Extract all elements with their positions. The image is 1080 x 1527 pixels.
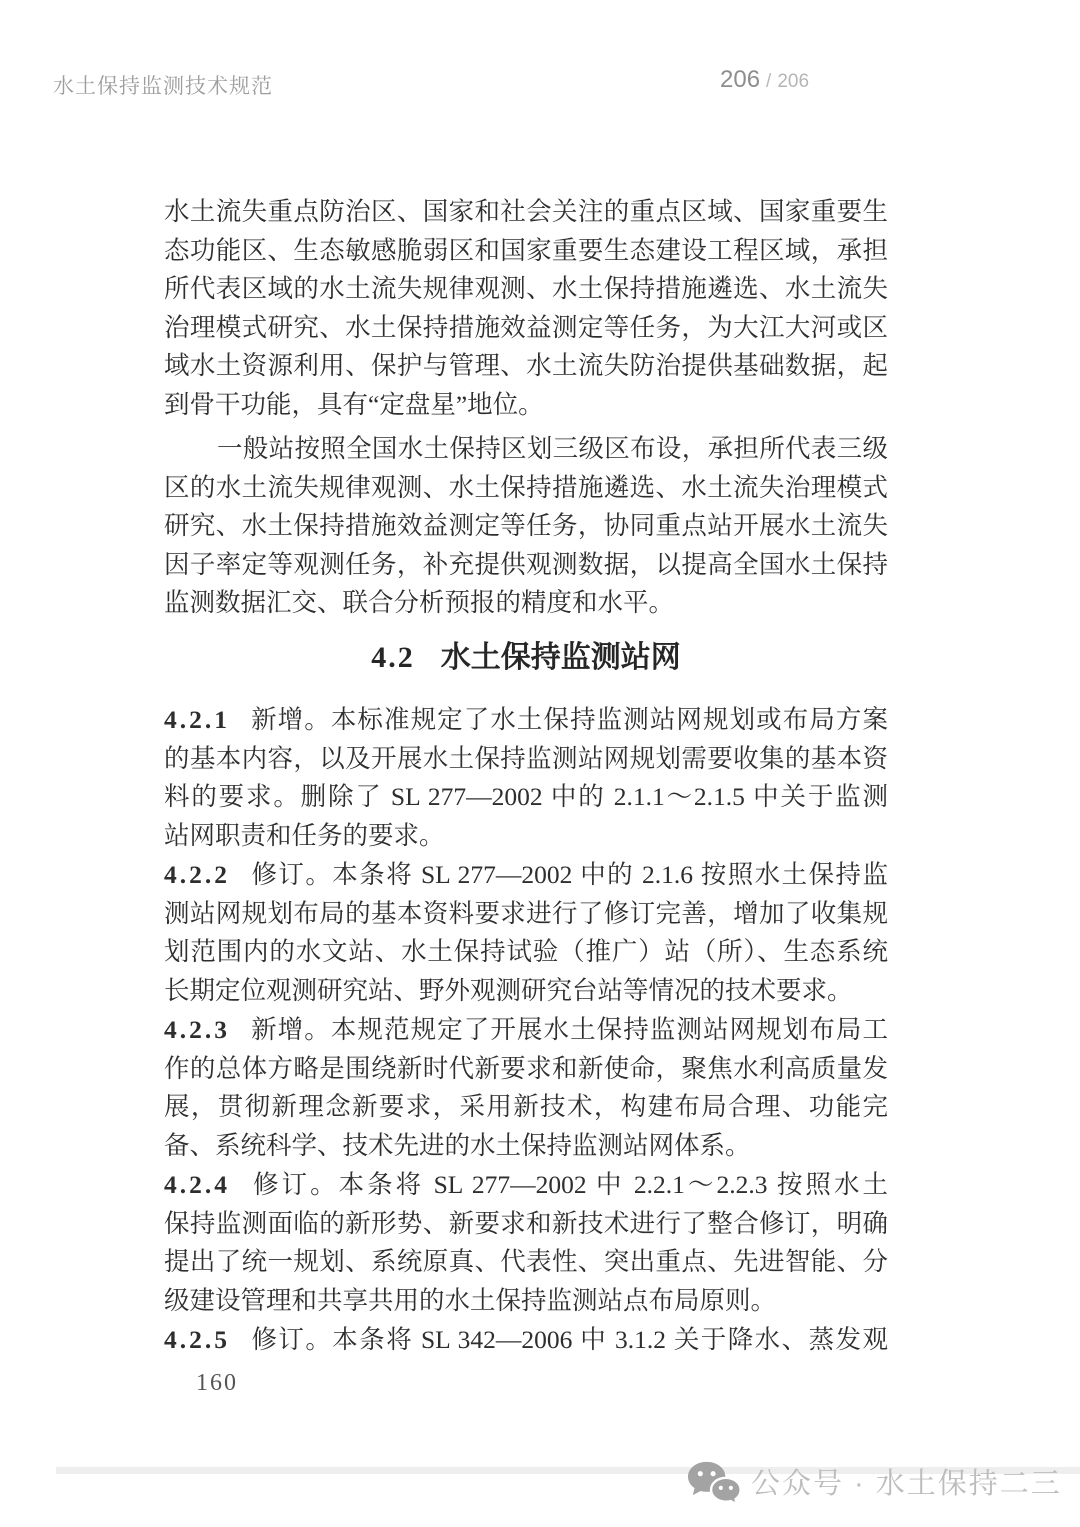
text-line: 测站网规划布局的基本资料要求进行了修订完善，增加了收集规 (164, 895, 888, 934)
document-title: 水土保持监测技术规范 (53, 70, 273, 100)
clause-number: 4.2.3 (164, 1015, 230, 1044)
section-heading-title: 水土保持监测站网 (441, 641, 681, 674)
text-line: 水土流失重点防治区、国家和社会关注的重点区域、国家重要生 (164, 193, 888, 232)
text-line: 4.2.2修订。本条将 SL 277—2002 中的 2.1.6 按照水土保持监 (164, 856, 888, 895)
clause-4-2-2: 4.2.2修订。本条将 SL 277—2002 中的 2.1.6 按照水土保持监… (164, 856, 888, 1010)
text-line: 的基本内容，以及开展水土保持监测站网规划需要收集的基本资 (164, 740, 888, 779)
clause-number: 4.2.4 (164, 1170, 230, 1199)
text-line: 提出了统一规划、系统原真、代表性、突出重点、先进智能、分 (164, 1243, 888, 1282)
page-separator: / (766, 71, 771, 92)
page-current: 206 (720, 66, 760, 93)
clause-number: 4.2.2 (164, 860, 230, 889)
text-line: 区的水土流失规律观测、水土保持措施遴选、水土流失治理模式 (164, 469, 888, 508)
text-line: 4.2.3新增。本规范规定了开展水土保持监测站网规划布局工 (164, 1011, 888, 1050)
section-heading-number: 4.2 (371, 641, 415, 674)
text-line: 划范围内的水文站、水土保持试验（推广）站（所）、生态系统 (164, 933, 888, 972)
section-heading: 4.2水土保持监测站网 (164, 636, 888, 680)
text-line: 4.2.1新增。本标准规定了水土保持监测站网规划或布局方案 (164, 701, 888, 740)
text-line: 展，贯彻新理念新要求，采用新技术，构建布局合理、功能完 (164, 1088, 888, 1127)
watermark-text: 公众号 · 水土保持二三 (751, 1461, 1062, 1502)
text-line: 4.2.4修订。本条将 SL 277—2002 中 2.2.1～2.2.3 按照… (164, 1166, 888, 1205)
text-line: 域水土资源利用、保护与管理、水土流失防治提供基础数据，起 (164, 347, 888, 386)
clause-4-2-3: 4.2.3新增。本规范规定了开展水土保持监测站网规划布局工 作的总体方略是围绕新… (164, 1011, 888, 1165)
text-line: 料的要求。删除了 SL 277—2002 中的 2.1.1～2.1.5 中关于监… (164, 778, 888, 817)
clause-4-2-1: 4.2.1新增。本标准规定了水土保持监测站网规划或布局方案 的基本内容，以及开展… (164, 701, 888, 855)
text-line: 作的总体方略是围绕新时代新要求和新使命，聚焦水利高质量发 (164, 1050, 888, 1089)
text-line: 长期定位观测研究站、野外观测研究台站等情况的技术要求。 (164, 972, 888, 1011)
wechat-icon (686, 1460, 742, 1502)
clause-number: 4.2.5 (164, 1325, 230, 1354)
paragraph-1: 水土流失重点防治区、国家和社会关注的重点区域、国家重要生 态功能区、生态敏感脆弱… (164, 193, 888, 424)
text-line: 一般站按照全国水土保持区划三级区布设，承担所代表三级 (164, 430, 888, 469)
clause-4-2-5: 4.2.5修订。本条将 SL 342—2006 中 3.1.2 关于降水、蒸发观 (164, 1321, 888, 1360)
clause-4-2-4: 4.2.4修订。本条将 SL 277—2002 中 2.2.1～2.2.3 按照… (164, 1166, 888, 1320)
text-line: 因子率定等观测任务，补充提供观测数据，以提高全国水土保持 (164, 546, 888, 585)
text-line: 研究、水土保持措施效益测定等任务，协同重点站开展水土流失 (164, 507, 888, 546)
page-indicator: 206/206 (720, 66, 809, 94)
page-total: 206 (777, 71, 809, 92)
text-line: 4.2.5修订。本条将 SL 342—2006 中 3.1.2 关于降水、蒸发观 (164, 1321, 888, 1360)
text-line: 备、系统科学、技术先进的水土保持监测站网体系。 (164, 1127, 888, 1166)
text-line: 监测数据汇交、联合分析预报的精度和水平。 (164, 584, 888, 623)
text-line: 态功能区、生态敏感脆弱区和国家重要生态建设工程区域，承担 (164, 232, 888, 271)
text-line: 站网职责和任务的要求。 (164, 817, 888, 856)
document-page: 水土保持监测技术规范 206/206 水土流失重点防治区、国家和社会关注的重点区… (0, 0, 1080, 1527)
text-line: 治理模式研究、水土保持措施效益测定等任务，为大江大河或区 (164, 309, 888, 348)
text-line: 级建设管理和共享共用的水土保持监测站点布局原则。 (164, 1282, 888, 1321)
folio-page-number: 160 (196, 1370, 238, 1397)
text-line: 所代表区域的水土流失规律观测、水土保持措施遴选、水土流失 (164, 270, 888, 309)
text-line: 保持监测面临的新形势、新要求和新技术进行了整合修订，明确 (164, 1205, 888, 1244)
watermark: 公众号 · 水土保持二三 (686, 1460, 1062, 1502)
text-line: 到骨干功能，具有“定盘星”地位。 (164, 386, 888, 425)
paragraph-2: 一般站按照全国水土保持区划三级区布设，承担所代表三级 区的水土流失规律观测、水土… (164, 430, 888, 623)
clause-number: 4.2.1 (164, 705, 230, 734)
